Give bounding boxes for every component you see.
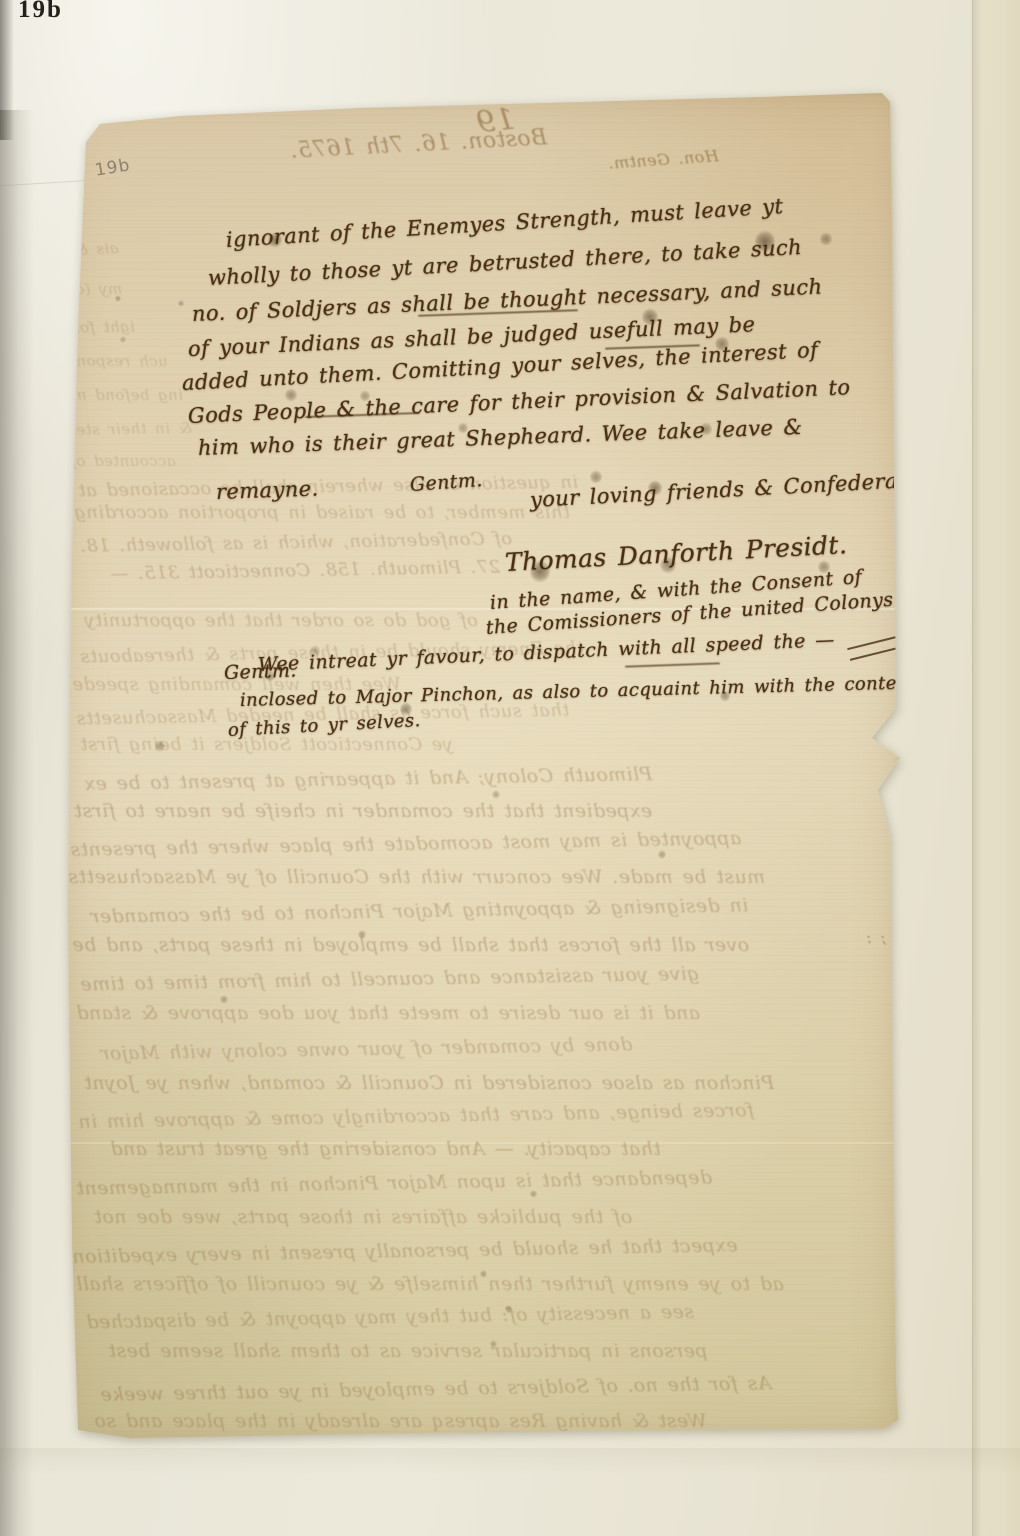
bleedthrough-line: Plimouth Colony; And it appearing at pre… <box>84 763 653 795</box>
ink-blot <box>115 295 121 302</box>
bleedthrough-line: that capacity. — And considering the gre… <box>110 1138 661 1160</box>
bleedthrough-line: West & having Res apresq are already in … <box>94 1410 707 1432</box>
ink-blot <box>505 1305 512 1313</box>
ink-blot <box>458 422 468 434</box>
bleedthrough-line: Boston. 16. 7th 1675. <box>290 125 548 163</box>
ink-blot <box>178 300 184 307</box>
ink-blot <box>220 995 228 1004</box>
ink-blot <box>268 232 282 248</box>
bleedthrough-line: forces beinge, and care that accordingly… <box>78 1099 754 1133</box>
bleedthrough-line: & in their sted <box>66 419 192 439</box>
bleedthrough-line: Hon. Gentm. <box>607 146 719 173</box>
ink-blot <box>700 422 712 436</box>
printed-folio-number: 19b <box>18 0 63 24</box>
manuscript-sheet-wrapper: 19Boston. 16. 7th 1675.Hon. Gentm.ais &m… <box>60 90 902 1446</box>
signature-flourish <box>847 636 899 661</box>
ink-blot <box>120 336 126 343</box>
bleedthrough-line: and it is our desire to meete that you d… <box>76 1002 700 1024</box>
bleedthrough-line: ad to ye enemy further then himselfe & y… <box>76 1273 784 1295</box>
bleedthrough-line: Pinchon as alsoe considered in Councill … <box>84 1072 774 1094</box>
bleedthrough-line: accounted of <box>70 452 176 470</box>
bleedthrough-line: dependance that is upon Major Pinchon in… <box>76 1166 712 1199</box>
ink-blot <box>820 232 832 246</box>
bleedthrough-line: persons in particular service as to them… <box>108 1340 708 1362</box>
manuscript-line: Wee intreat yr favour, to dispatch with … <box>258 629 836 676</box>
ink-blot <box>720 690 730 702</box>
ink-blot <box>660 556 676 574</box>
ink-blot <box>358 930 366 939</box>
bleedthrough-line: in designeing & appoynting Major Pinchon… <box>90 894 749 927</box>
bleedthrough-line: ing befond m <box>72 386 183 404</box>
ink-strikethrough <box>625 662 720 667</box>
ink-blot <box>530 1190 537 1198</box>
ink-blot <box>400 702 412 716</box>
scan-edge-shadow <box>0 0 14 140</box>
manuscript-line: remayne. <box>216 476 319 504</box>
bleedthrough-line: expedient that the comander in cheife be… <box>74 800 652 822</box>
bleedthrough-line: expect that he should be personally pres… <box>72 1234 738 1268</box>
ink-blot <box>310 645 320 657</box>
bleedthrough-line: of the publicke affaires in those parts,… <box>94 1206 632 1228</box>
ink-blot <box>490 1340 497 1348</box>
ink-blot <box>648 480 662 496</box>
ink-blot <box>715 336 729 352</box>
ink-blot <box>480 1270 487 1278</box>
bleedthrough-line: uch respons <box>68 352 168 370</box>
bleedthrough-line: must be made. Wee concurr with the Counc… <box>68 866 765 888</box>
bleedthrough-line: see a necessity of: but they may appoynt… <box>86 1301 694 1334</box>
pencil-folio-annotation: 19b <box>94 155 132 180</box>
backing-page-crease <box>972 0 1020 1536</box>
bleedthrough-line: of god do so order that the opportunity <box>84 610 478 631</box>
bleedthrough-line: of Confederation, which is as followeth.… <box>80 528 512 557</box>
ink-blot <box>285 388 297 402</box>
bleedthrough-line: ais & <box>74 239 119 259</box>
bleedthrough-line: give your assistance and councell to him… <box>80 963 700 996</box>
bleedthrough-line: my (o. <box>70 280 122 298</box>
ink-blot <box>755 230 775 253</box>
bleedthrough-line: over all the forces that shall be employ… <box>72 934 749 956</box>
backing-tonal-band <box>0 1448 1020 1474</box>
ink-blot <box>492 790 500 799</box>
ink-blot <box>818 560 830 574</box>
ink-blot <box>590 470 602 484</box>
bleedthrough-line: 27. Plimouth. 158. Connecticott 315. — <box>110 557 500 585</box>
manuscript-sheet: 19Boston. 16. 7th 1675.Hon. Gentm.ais &m… <box>60 90 902 1446</box>
bleedthrough-line: appoynted is may most acomodate the plac… <box>70 827 742 861</box>
manuscript-line: your loving friends & Confedera <box>529 469 898 512</box>
ink-blot <box>658 850 666 859</box>
book-gutter-shadow <box>0 110 34 1536</box>
bleedthrough-line: ; : <box>866 928 886 947</box>
bleedthrough-line: this member, to be raised in proportion … <box>74 502 570 523</box>
bleedthrough-line: ight for <box>72 317 135 336</box>
ink-blot <box>360 390 370 402</box>
bleedthrough-line: As for the no. of Soldjers to be employe… <box>100 1372 772 1406</box>
ink-blot <box>265 670 275 682</box>
bleedthrough-line: in question or else wherein shall be occ… <box>78 472 578 502</box>
ink-blot <box>155 740 165 752</box>
ink-blot <box>530 560 550 583</box>
ink-blot <box>642 308 658 326</box>
bleedthrough-line: done by comander of your owne colony wit… <box>100 1033 633 1064</box>
